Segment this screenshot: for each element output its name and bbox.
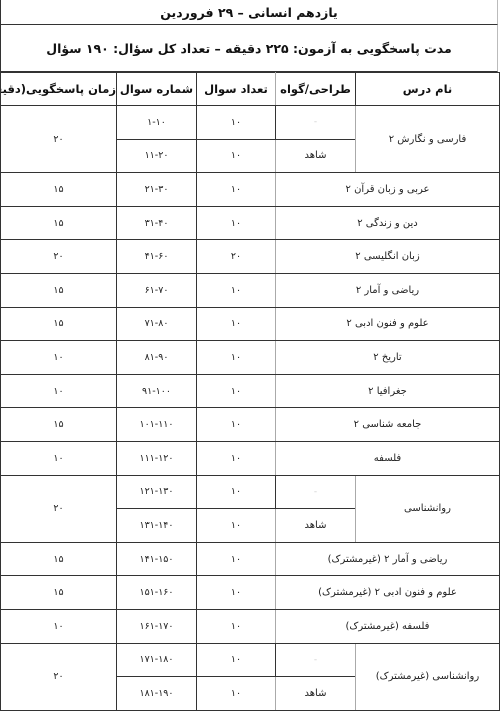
header-count: تعداد سوال: [197, 73, 276, 106]
table-row: تاریخ ۲ ۱۰ ۸۱-۹۰ ۱۰: [1, 341, 500, 375]
time-cell: ۱۵: [1, 408, 117, 442]
design-cell: -: [276, 643, 356, 677]
time-cell: ۱۵: [1, 173, 117, 207]
range-cell: ۶۱-۷۰: [117, 273, 197, 307]
design-cell: شاهد: [276, 139, 356, 173]
subject-cell: فارسی و نگارش ۲: [356, 106, 500, 173]
table-row: عربی و زبان قرآن ۲ ۱۰ ۲۱-۳۰ ۱۵: [1, 173, 500, 207]
table-row: روانشناسی (غیرمشترک) - ۱۰ ۱۷۱-۱۸۰ ۲۰: [1, 643, 500, 677]
time-cell: ۱۵: [1, 273, 117, 307]
count-cell: ۱۰: [197, 509, 276, 543]
range-cell: ۱-۱۰: [117, 106, 197, 140]
range-cell: ۴۱-۶۰: [117, 240, 197, 274]
count-cell: ۱۰: [197, 643, 276, 677]
design-cell: شاهد: [276, 677, 356, 711]
header-range: شماره سوال: [117, 73, 197, 106]
design-cell: -: [276, 475, 356, 509]
time-cell: ۲۰: [1, 240, 117, 274]
count-cell: ۱۰: [197, 441, 276, 475]
subject-cell: روانشناسی: [356, 475, 500, 542]
time-cell: ۱۵: [1, 576, 117, 610]
time-cell: ۱۰: [1, 374, 117, 408]
range-cell: ۱۶۱-۱۷۰: [117, 609, 197, 643]
range-cell: ۱۱۱-۱۲۰: [117, 441, 197, 475]
count-cell: ۱۰: [197, 173, 276, 207]
count-cell: ۱۰: [197, 677, 276, 711]
time-cell: ۱۰: [1, 609, 117, 643]
subject-cell: علوم و فنون ادبی ۲ (غیرمشترک): [276, 576, 500, 610]
table-header-row: نام درس طراحی/گواه تعداد سوال شماره سوال…: [1, 73, 500, 106]
subject-cell: زبان انگلیسی ۲: [276, 240, 500, 274]
count-cell: ۱۰: [197, 576, 276, 610]
table-row: جامعه شناسی ۲ ۱۰ ۱۰۱-۱۱۰ ۱۵: [1, 408, 500, 442]
subject-cell: تاریخ ۲: [276, 341, 500, 375]
subject-cell: جامعه شناسی ۲: [276, 408, 500, 442]
subject-cell: عربی و زبان قرآن ۲: [276, 173, 500, 207]
subject-cell: ریاضی و آمار ۲: [276, 273, 500, 307]
exam-schedule-sheet: یازدهم انسانی – ۲۹ فروردین مدت پاسخگویی …: [0, 0, 500, 711]
subject-cell: علوم و فنون ادبی ۲: [276, 307, 500, 341]
count-cell: ۱۰: [197, 307, 276, 341]
range-cell: ۸۱-۹۰: [117, 341, 197, 375]
range-cell: ۷۱-۸۰: [117, 307, 197, 341]
table-row: علوم و فنون ادبی ۲ (غیرمشترک) ۱۰ ۱۵۱-۱۶۰…: [1, 576, 500, 610]
page-title: یازدهم انسانی – ۲۹ فروردین: [0, 0, 498, 25]
exam-summary: مدت پاسخگویی به آزمون: ۲۲۵ دقیقه – تعداد…: [0, 25, 498, 72]
count-cell: ۱۰: [197, 609, 276, 643]
table-row: فلسفه ۱۰ ۱۱۱-۱۲۰ ۱۰: [1, 441, 500, 475]
count-cell: ۱۰: [197, 408, 276, 442]
subject-cell: فلسفه: [276, 441, 500, 475]
table-row: جغرافیا ۲ ۱۰ ۹۱-۱۰۰ ۱۰: [1, 374, 500, 408]
table-row: ریاضی و آمار ۲ (غیرمشترک) ۱۰ ۱۴۱-۱۵۰ ۱۵: [1, 542, 500, 576]
subject-cell: ریاضی و آمار ۲ (غیرمشترک): [276, 542, 500, 576]
count-cell: ۱۰: [197, 139, 276, 173]
time-cell: ۱۵: [1, 542, 117, 576]
count-cell: ۲۰: [197, 240, 276, 274]
subject-cell: فلسفه (غیرمشترک): [276, 609, 500, 643]
range-cell: ۲۱-۳۰: [117, 173, 197, 207]
count-cell: ۱۰: [197, 475, 276, 509]
header-time: زمان پاسخگویی(دقیقه): [1, 73, 117, 106]
count-cell: ۱۰: [197, 341, 276, 375]
range-cell: ۱۲۱-۱۳۰: [117, 475, 197, 509]
count-cell: ۱۰: [197, 273, 276, 307]
time-cell: ۲۰: [1, 106, 117, 173]
count-cell: ۱۰: [197, 374, 276, 408]
range-cell: ۱۴۱-۱۵۰: [117, 542, 197, 576]
time-cell: ۱۰: [1, 341, 117, 375]
time-cell: ۱۰: [1, 441, 117, 475]
table-row: علوم و فنون ادبی ۲ ۱۰ ۷۱-۸۰ ۱۵: [1, 307, 500, 341]
header-subject: نام درس: [356, 73, 500, 106]
table-row: زبان انگلیسی ۲ ۲۰ ۴۱-۶۰ ۲۰: [1, 240, 500, 274]
design-cell: شاهد: [276, 509, 356, 543]
range-cell: ۳۱-۴۰: [117, 206, 197, 240]
header-design: طراحی/گواه: [276, 73, 356, 106]
design-cell: -: [276, 106, 356, 140]
range-cell: ۱۵۱-۱۶۰: [117, 576, 197, 610]
table-row: فارسی و نگارش ۲ - ۱۰ ۱-۱۰ ۲۰: [1, 106, 500, 140]
count-cell: ۱۰: [197, 542, 276, 576]
table-row: روانشناسی - ۱۰ ۱۲۱-۱۳۰ ۲۰: [1, 475, 500, 509]
range-cell: ۱۰۱-۱۱۰: [117, 408, 197, 442]
count-cell: ۱۰: [197, 106, 276, 140]
table-row: ریاضی و آمار ۲ ۱۰ ۶۱-۷۰ ۱۵: [1, 273, 500, 307]
time-cell: ۱۵: [1, 307, 117, 341]
subject-cell: دین و زندگی ۲: [276, 206, 500, 240]
subject-cell: جغرافیا ۲: [276, 374, 500, 408]
range-cell: ۱۱-۲۰: [117, 139, 197, 173]
time-cell: ۲۰: [1, 643, 117, 710]
table-row: فلسفه (غیرمشترک) ۱۰ ۱۶۱-۱۷۰ ۱۰: [1, 609, 500, 643]
table-row: دین و زندگی ۲ ۱۰ ۳۱-۴۰ ۱۵: [1, 206, 500, 240]
time-cell: ۱۵: [1, 206, 117, 240]
count-cell: ۱۰: [197, 206, 276, 240]
range-cell: ۹۱-۱۰۰: [117, 374, 197, 408]
subject-cell: روانشناسی (غیرمشترک): [356, 643, 500, 710]
range-cell: ۱۷۱-۱۸۰: [117, 643, 197, 677]
range-cell: ۱۳۱-۱۴۰: [117, 509, 197, 543]
time-cell: ۲۰: [1, 475, 117, 542]
range-cell: ۱۸۱-۱۹۰: [117, 677, 197, 711]
exam-table: نام درس طراحی/گواه تعداد سوال شماره سوال…: [0, 72, 500, 711]
